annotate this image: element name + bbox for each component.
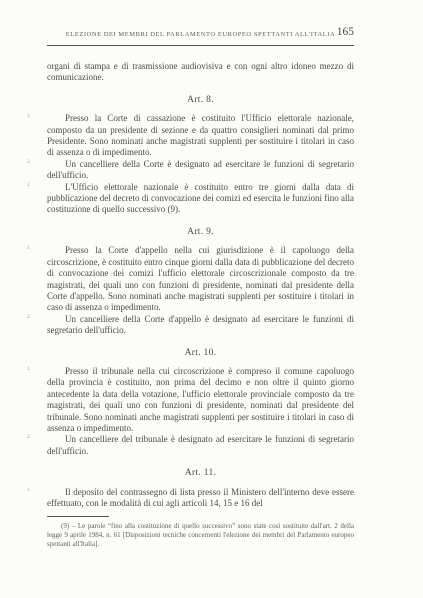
paragraph-text: Presso la Corte d'appello nella cui giur… — [47, 245, 354, 312]
paragraph-text: Un cancelliere della Corte d'appello è d… — [47, 314, 354, 335]
article11-paragraph-1: 1.Il deposito del contrassegno di lista … — [47, 487, 354, 510]
article8-paragraph-3: 3.L'Ufficio elettorale nazionale è costi… — [47, 182, 354, 216]
paragraph-text: Presso la Corte di cassazione è costitui… — [47, 113, 354, 157]
margin-paragraph-number: 2. — [27, 435, 31, 441]
paragraph-text: Un cancelliere della Corte è designato a… — [47, 159, 354, 180]
article9-paragraph-1: 1.Presso la Corte d'appello nella cui gi… — [47, 245, 354, 313]
margin-paragraph-number: 1. — [27, 367, 31, 373]
article-heading-art9: Art. 9. — [47, 227, 354, 238]
margin-paragraph-number: 3. — [27, 183, 31, 189]
article-heading-art10: Art. 10. — [47, 348, 354, 359]
article10-paragraph-1: 1.Presso il tribunale nella cui circoscr… — [47, 366, 354, 434]
paragraph-text: Un cancelliere del tribunale è designato… — [47, 434, 354, 455]
article10-paragraph-2: 2.Un cancelliere del tribunale è designa… — [47, 434, 354, 457]
article-heading-art8: Art. 8. — [47, 95, 354, 106]
continuation-paragraph: organi di stampa e di trasmissione audio… — [47, 61, 354, 84]
book-page: ELEZIONE DEI MEMBRI DEL PARLAMENTO EUROP… — [0, 0, 423, 598]
running-header-title: ELEZIONE DEI MEMBRI DEL PARLAMENTO EUROP… — [66, 28, 335, 38]
footnote: (9) – Le parole “fino alla costituzione … — [47, 516, 354, 550]
page-content: organi di stampa e di trasmissione audio… — [47, 61, 354, 509]
article-heading-art11: Art. 11. — [47, 468, 354, 479]
margin-paragraph-number: 2. — [27, 315, 31, 321]
article9-paragraph-2: 2.Un cancelliere della Corte d'appello è… — [47, 314, 354, 337]
article8-paragraph-2: 2.Un cancelliere della Corte è designato… — [47, 159, 354, 182]
paragraph-text: Presso il tribunale nella cui circoscriz… — [47, 366, 354, 433]
margin-paragraph-number: 1. — [27, 114, 31, 120]
running-header: ELEZIONE DEI MEMBRI DEL PARLAMENTO EUROP… — [47, 28, 354, 41]
margin-paragraph-number: 1. — [27, 488, 31, 494]
footnote-text: (9) – Le parole “fino alla costituzione … — [47, 522, 354, 550]
margin-paragraph-number: 2. — [27, 160, 31, 166]
page-number: 165 — [337, 26, 354, 38]
paragraph-text: L'Ufficio elettorale nazionale è costitu… — [47, 182, 354, 215]
footnote-rule — [47, 516, 109, 517]
paragraph-text: Il deposito del contrassegno di lista pr… — [47, 487, 354, 508]
article8-paragraph-1: 1.Presso la Corte di cassazione è costit… — [47, 113, 354, 159]
header-rule — [47, 45, 354, 46]
margin-paragraph-number: 1. — [27, 246, 31, 252]
